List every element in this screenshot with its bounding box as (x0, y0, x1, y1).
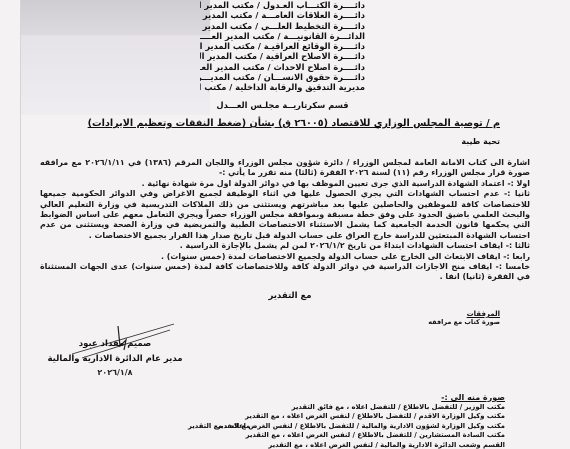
attachment-item: صورة كتاب مع مرافقه (400, 318, 500, 326)
recipient-line: دائــــرة العلاقات العامـــة / مكتب المد… (200, 10, 365, 20)
body-paragraph-fifth: خامسا :- ايقاف منح الاجازات الدراسية في … (40, 262, 530, 283)
copy-to-item: مكتب وكيل الوزارة الاقدم / للتفضل بالاطل… (40, 412, 505, 422)
attachments-title: المرفقات (400, 310, 500, 318)
signer-title: مدير عام الدائرة الادارية والمالية (40, 354, 190, 364)
secretariat-line: قسم سكرتاريــة مجلـس العـــدل (200, 100, 365, 110)
recipient-line: دائــــرة اصلاح الاحداث / مكتب المدير ال… (200, 62, 365, 72)
scan-shadow (20, 0, 210, 35)
signer-name: صميم مقداد عبود (40, 339, 190, 349)
greeting: تحية طيبة (400, 137, 500, 146)
recipient-line: الدائـــرة القانونيـــة / مكتب المدير ال… (200, 31, 365, 41)
recipient-line: دائــــرة حقوق الانســـان / مكتب المديــ… (200, 72, 365, 82)
attachments-block: المرفقات صورة كتاب مع مرافقه (400, 310, 500, 326)
copy-to-block: صورة منه الى :- مكتب الوزير / للتفضل بال… (40, 393, 505, 449)
copy-to-item: مكتب الوزير / للتفضل بالاطلاع / للتفضل ا… (40, 403, 505, 413)
paper-edge (20, 0, 21, 449)
recipient-line: دائــــرة الكتـــاب العـدول / مكتب المدي… (200, 0, 365, 10)
recipient-line: دائــــرة التخطيط العلـــي / مكتب المدير… (200, 21, 365, 31)
signature-date: ٢٠٢٦/١/٨ (40, 368, 190, 377)
recipient-line: دائــــرة الاصلاح العراقية / مكتب المدير… (200, 51, 365, 61)
recipient-line: مديرية التدقيق والرقابة الداخلية / مكتب … (200, 82, 365, 92)
letter-body: اشارة الى كتاب الامانة العامة لمجلس الوز… (40, 158, 530, 283)
copy-to-item: القسم وشعب الدائرة الادارية والمالية / ل… (40, 441, 505, 449)
body-paragraph-first: اولا :- اعتماد الشهادة الدراسية الذي جرى… (40, 179, 530, 189)
copy-to-title: صورة منه الى :- (40, 393, 505, 403)
subject-line: م / توصية المجلس الوزاري للاقتصاد (٢٦٠٠٥… (110, 118, 500, 129)
scan-shadow-lower (20, 35, 210, 115)
body-paragraph-fourth: رابعا :- ايقاف الابتعاث الى الخارج على ح… (40, 252, 530, 262)
recipient-list: دائــــرة الكتـــاب العـدول / مكتب المدي… (200, 0, 365, 93)
closing-regards: مع التقدير (240, 291, 340, 301)
signer-block: صميم مقداد عبود مدير عام الدائرة الاداري… (40, 339, 190, 377)
copy-to-item: مكتب السادة المستشارين / للتفضل بالاطلاع… (40, 431, 505, 441)
recipient-line: دائــــرة الوقائع العراقيـة / مكتب المدي… (200, 41, 365, 51)
copy-to-item: مكتب وكيل الوزارة لشؤون الادارية والمالي… (40, 422, 505, 432)
body-paragraph-intro: اشارة الى كتاب الامانة العامة لمجلس الوز… (40, 158, 530, 179)
body-paragraph-third: ثالثا :- ايقاف احتساب الشهادات ابتداءً م… (40, 241, 530, 251)
footer-regards: مع التقدير (150, 422, 250, 430)
body-paragraph-second: ثانيا :- عدم احتساب الشهادات التي يجري ا… (40, 189, 530, 241)
